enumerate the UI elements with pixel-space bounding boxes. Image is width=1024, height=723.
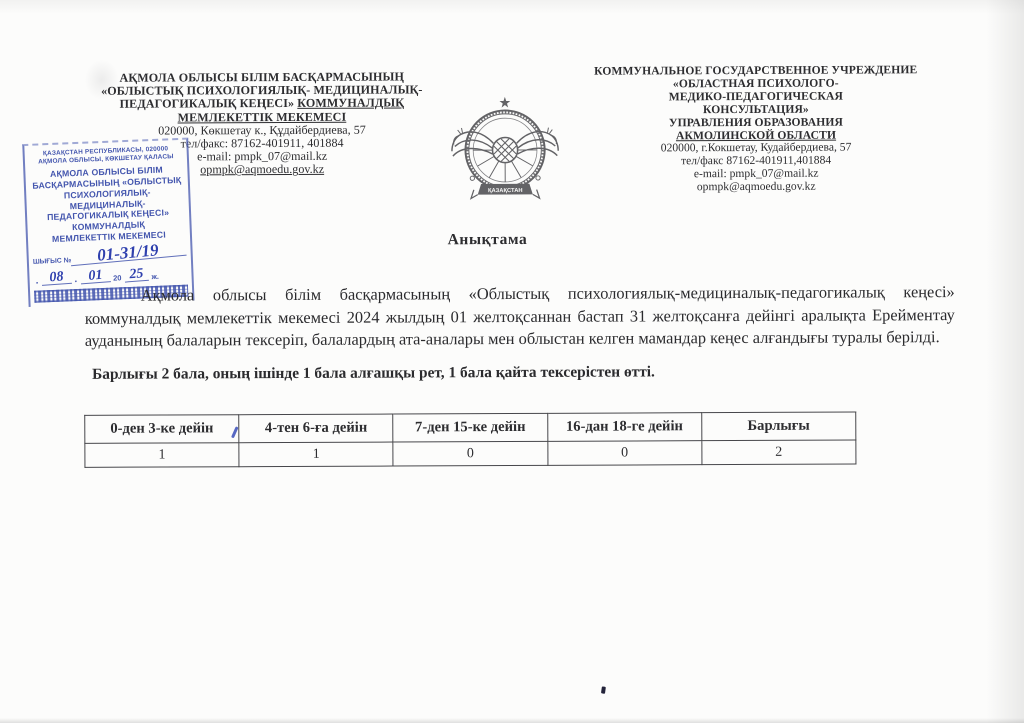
scanned-document-page: АҚМОЛА ОБЛЫСЫ БІЛІМ БАСҚАРМАСЫНЫҢ «ОБЛЫС… [0,0,1024,723]
stamp-date-row: . 08 . 01 20 25 ж. [33,266,187,285]
printed-year-prefix: 20 [113,274,122,282]
letterhead-right: КОММУНАЛЬНОЕ ГОСУДАРСТВЕННОЕ УЧРЕЖДЕНИЕ … [589,64,924,195]
table-header-cell: 4-тен 6-ға дейін [239,414,393,443]
stamp-outgoing-number-row: ШЫҒЫС № 01-31/19 [32,245,187,267]
date-suffix: ж. [151,273,159,281]
summary-line: Барлығы 2 бала, оның ішінде 1 бала алғаш… [92,363,655,383]
body-paragraph: Ақмола облысы білім басқармасының «Облыс… [85,281,955,353]
table-header-cell: 0-ден 3-ке дейін [85,415,239,444]
email-line: opmpk@aqmoedu.gov.kz [589,180,923,194]
table-header-cell: Барлығы [701,412,855,441]
handwritten-day: 08 [41,271,72,286]
ink-speck [601,686,606,693]
handwritten-month: 01 [80,269,111,284]
registration-stamp: ҚАЗАҚСТАН РЕСПУБЛИКАСЫ, 020000 АҚМОЛА ОБ… [22,138,194,307]
table-value-cell: 0 [393,441,547,466]
outgoing-label: ШЫҒЫС № [33,257,72,267]
table-value-cell: 1 [239,442,393,467]
table-value-cell: 0 [547,441,701,466]
handwritten-year: 25 [124,268,149,283]
table-value-cell: 2 [702,440,856,465]
emblem-banner-text: ҚАЗАҚСТАН [488,188,523,194]
document-content: АҚМОЛА ОБЛЫСЫ БІЛІМ БАСҚАРМАСЫНЫҢ «ОБЛЫС… [0,0,1024,723]
table-header-cell: 7-ден 15-ке дейін [393,413,547,442]
page-title: Анықтама [397,231,577,250]
kazakhstan-coat-of-arms-icon: ҚАЗАҚСТАН [445,94,565,209]
table-value-row: 1 1 0 0 2 [85,440,856,467]
star-icon [499,97,510,108]
table-value-cell: 1 [85,443,239,468]
table-header-row: 0-ден 3-ке дейін 4-тен 6-ға дейін 7-ден … [85,412,856,443]
table-header-cell: 16-дан 18-ге дейін [547,413,701,442]
handwritten-outgoing-number: 01-31/19 [70,239,187,266]
age-distribution-table: 0-ден 3-ке дейін 4-тен 6-ға дейін 7-ден … [84,411,856,467]
